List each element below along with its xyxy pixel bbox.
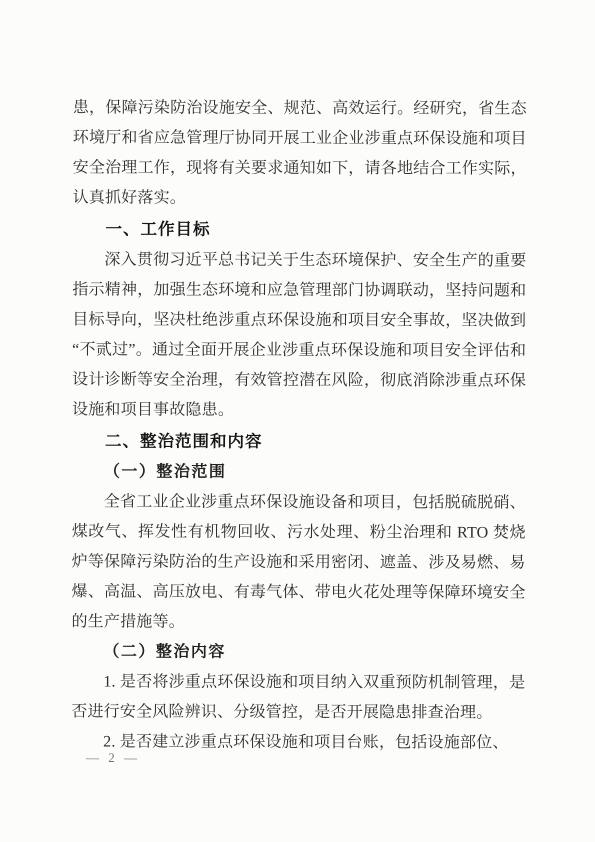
section-heading-scope-content: 二、整治范围和内容 (72, 425, 526, 458)
numbered-item-1: 1. 是否将涉重点环保设施和项目纳入双重预防机制管理，是否进行安全风险辨识、分级… (71, 667, 525, 728)
section-heading-work-goal: 一、工作目标 (72, 213, 526, 246)
page-number: — 2 — (86, 750, 140, 766)
body-paragraph-continuation: 患，保障污染防治设施安全、规范、高效运行。经研究，省生态环境厅和省应急管理厅协同… (73, 93, 527, 214)
sub-heading-scope: （一）整治范围 (72, 457, 526, 488)
body-paragraph-goal: 深入贯彻习近平总书记关于生态环境保护、安全生产的重要指示精神，加强生态环境和应急… (72, 245, 526, 426)
document-body: 患，保障污染防治设施安全、规范、高效运行。经研究，省生态环境厅和省应急管理厅协同… (71, 93, 527, 758)
document-page: 患，保障污染防治设施安全、规范、高效运行。经研究，省生态环境厅和省应急管理厅协同… (0, 0, 595, 842)
body-paragraph-scope: 全省工业企业涉重点环保设施设备和项目，包括脱硫脱硝、煤改气、挥发性有机物回收、污… (71, 487, 525, 638)
sub-heading-content: （二）整治内容 (71, 637, 525, 668)
